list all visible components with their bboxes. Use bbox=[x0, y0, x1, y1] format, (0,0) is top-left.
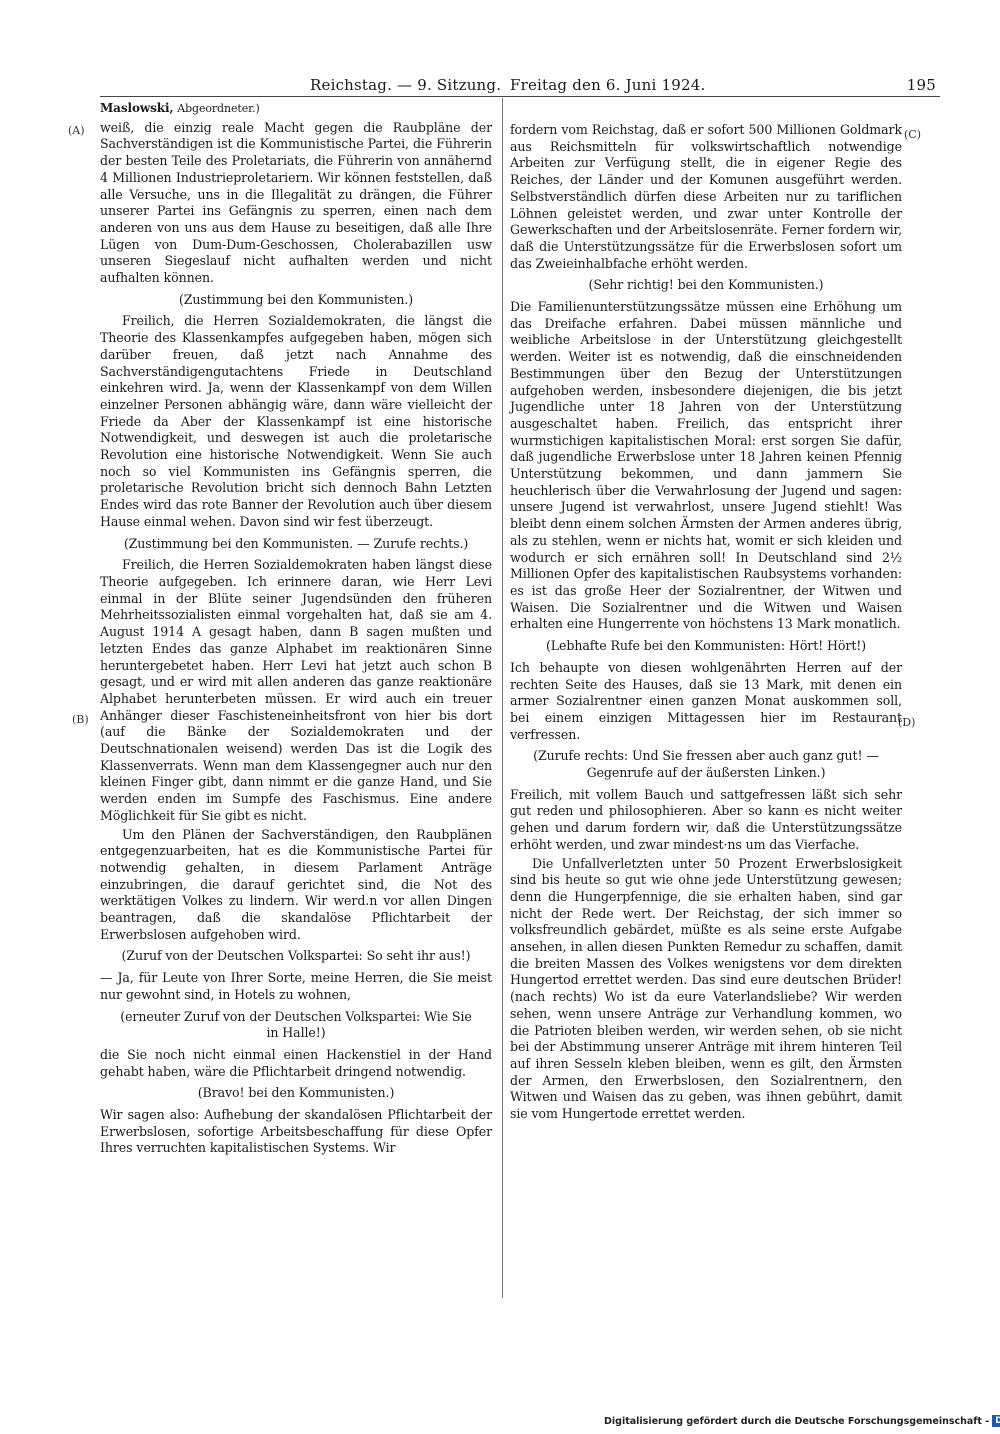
interjection: (Zustimmung bei den Kommunisten. — Zuruf… bbox=[100, 536, 492, 553]
interjection: (Lebhafte Rufe bei den Kommunisten: Hört… bbox=[510, 638, 902, 655]
paragraph: fordern vom Reichstag, daß er sofort 500… bbox=[510, 122, 902, 272]
paragraph: — Ja, für Leute von Ihrer Sorte, meine H… bbox=[100, 970, 492, 1003]
speaker-line: Maslowski, Abgeordneter.) bbox=[100, 100, 492, 118]
paragraph: Die Unfallverletzten unter 50 Prozent Er… bbox=[510, 856, 902, 1123]
footer-credit: Digitalisierung gefördert durch die Deut… bbox=[604, 1416, 989, 1427]
footer: Digitalisierung gefördert durch die Deut… bbox=[604, 1414, 1000, 1428]
left-column-body: weiß, die einzig reale Macht gegen die R… bbox=[100, 120, 492, 1157]
interjection: (erneuter Zuruf von der Deutschen Volksp… bbox=[100, 1009, 492, 1042]
interjection: (Zurufe rechts: Und Sie fressen aber auc… bbox=[510, 748, 902, 781]
paragraph: Freilich, mit vollem Bauch und sattgefre… bbox=[510, 787, 902, 854]
interjection: (Zustimmung bei den Kommunisten.) bbox=[100, 292, 492, 309]
header-date: Freitag den 6. Juni 1924. bbox=[510, 76, 705, 94]
paragraph: Freilich, die Herren Sozialdemokraten ha… bbox=[100, 557, 492, 824]
header-title: Reichstag. — 9. Sitzung. bbox=[310, 76, 501, 94]
margin-marker-b: (B) bbox=[72, 713, 89, 726]
paragraph: die Sie noch nicht einmal einen Hackenst… bbox=[100, 1047, 492, 1080]
interjection: (Bravo! bei den Kommunisten.) bbox=[100, 1085, 492, 1102]
speaker-role: Abgeordneter.) bbox=[177, 102, 259, 115]
margin-marker-c: (C) bbox=[904, 128, 921, 141]
paragraph: Ich behaupte von diesen wohlgenährten He… bbox=[510, 660, 902, 744]
dfg-logo: DFG bbox=[992, 1415, 1000, 1427]
page-number: 195 bbox=[907, 76, 936, 94]
speaker-name: Maslowski, bbox=[100, 101, 174, 115]
margin-marker-a: (A) bbox=[68, 124, 85, 137]
right-column-body: fordern vom Reichstag, daß er sofort 500… bbox=[510, 122, 902, 1123]
left-column: Maslowski, Abgeordneter.) weiß, die einz… bbox=[100, 100, 492, 1159]
paragraph: Freilich, die Herren Sozialdemokraten, d… bbox=[100, 313, 492, 530]
paragraph: weiß, die einzig reale Macht gegen die R… bbox=[100, 120, 492, 287]
interjection: (Sehr richtig! bei den Kommunisten.) bbox=[510, 277, 902, 294]
paragraph: Wir sagen also: Aufhebung der skandalöse… bbox=[100, 1107, 492, 1157]
interjection: (Zuruf von der Deutschen Volkspartei: So… bbox=[100, 948, 492, 965]
paragraph: Um den Plänen der Sachverständigen, den … bbox=[100, 827, 492, 944]
column-divider bbox=[502, 98, 503, 1298]
paragraph: Die Familienunterstützungssätze müssen e… bbox=[510, 299, 902, 633]
right-column: fordern vom Reichstag, daß er sofort 500… bbox=[510, 122, 902, 1125]
header-rule bbox=[100, 96, 940, 97]
